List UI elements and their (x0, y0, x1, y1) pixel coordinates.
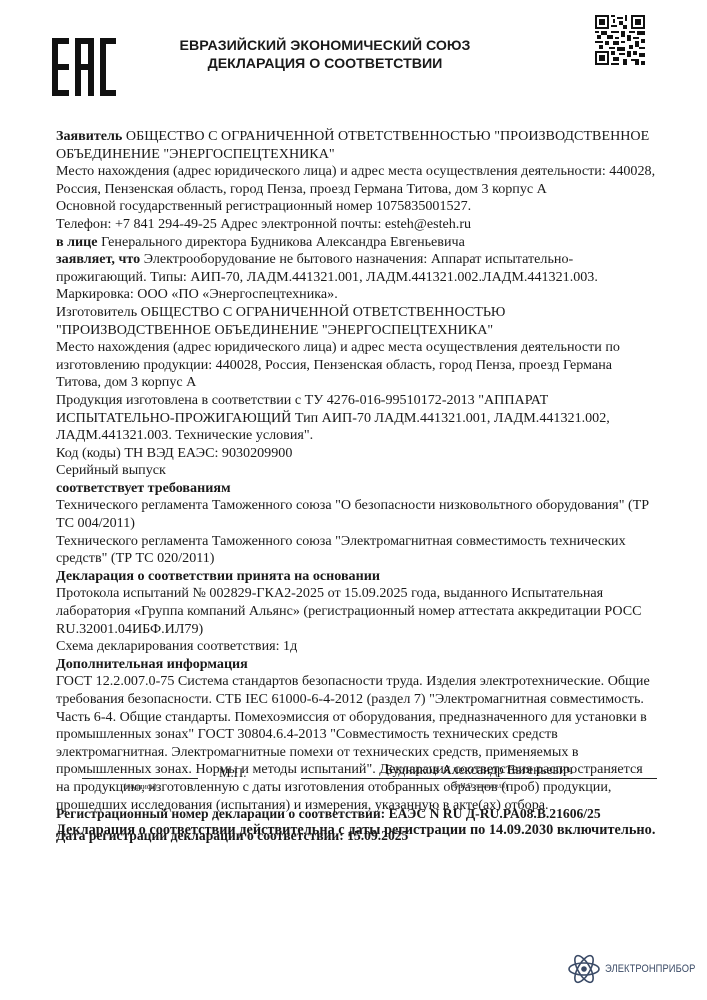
represented-by: Генерального директора Будникова Алексан… (101, 234, 465, 250)
stamp-place: М.П. (219, 765, 246, 781)
registration-block: Регистрационный номер декларации о соотв… (56, 803, 676, 847)
footer-brand-logo: ЭЛЕКТРОНПРИБОР (567, 954, 707, 984)
declares-label: заявляет, что (56, 251, 140, 267)
declaration-body: Заявитель ОБЩЕСТВО С ОГРАНИЧЕННОЙ ОТВЕТС… (56, 128, 656, 840)
declares-section: заявляет, что Электрооборудование не быт… (56, 251, 656, 304)
signature-block: (подпись) М.П. Будников Александр Евгень… (56, 762, 666, 796)
basis-scheme: Схема декларирования соответствия: 1д (56, 638, 656, 656)
signature-caption: (подпись) (82, 782, 198, 791)
signer-caption: (Ф.И.О. заявителя) (301, 782, 657, 790)
header-declaration-title: ДЕКЛАРАЦИЯ О СООТВЕТСТВИИ (150, 56, 500, 74)
eac-logo-icon (52, 38, 116, 96)
manufacturer-section: Изготовитель ОБЩЕСТВО С ОГРАНИЧЕННОЙ ОТВ… (56, 304, 656, 339)
signature-line (82, 778, 198, 779)
applicant-label: Заявитель (56, 128, 122, 144)
manufacturer-address: Место нахождения (адрес юридического лиц… (56, 339, 656, 392)
manufacturer-label: Изготовитель (56, 304, 137, 320)
applicant-contacts: Телефон: +7 841 294-49-25 Адрес электрон… (56, 216, 656, 234)
represented-label: в лице (56, 234, 98, 250)
product-hs-code: Код (коды) ТН ВЭД ЕАЭС: 9030209900 (56, 445, 656, 463)
applicant-name: ОБЩЕСТВО С ОГРАНИЧЕННОЙ ОТВЕТСТВЕННОСТЬЮ… (56, 128, 649, 162)
applicant-ogrn: Основной государственный регистрационный… (56, 198, 656, 216)
atom-icon (567, 954, 601, 984)
basis-label: Декларация о соответствии принята на осн… (56, 568, 656, 586)
additional-label: Дополнительная информация (56, 656, 656, 674)
registration-date: Дата регистрации декларации о соответств… (56, 825, 676, 847)
product-spec: Продукция изготовлена в соответствии с Т… (56, 392, 656, 445)
header-union-title: ЕВРАЗИЙСКИЙ ЭКОНОМИЧЕСКИЙ СОЮЗ (150, 38, 500, 56)
footer-brand-name: ЭЛЕКТРОНПРИБОР (605, 963, 695, 975)
applicant-section: Заявитель ОБЩЕСТВО С ОГРАНИЧЕННОЙ ОТВЕТС… (56, 128, 656, 163)
signer-name: Будников Александр Евгеньевич (301, 762, 657, 778)
requirements-label: соответствует требованиям (56, 480, 656, 498)
document-header: ЕВРАЗИЙСКИЙ ЭКОНОМИЧЕСКИЙ СОЮЗ ДЕКЛАРАЦИ… (150, 38, 500, 73)
signer-line (301, 778, 657, 779)
registration-number: Регистрационный номер декларации о соотв… (56, 803, 676, 825)
applicant-address: Место нахождения (адрес юридического лиц… (56, 163, 656, 198)
product-release: Серийный выпуск (56, 462, 656, 480)
basis-text: Протокола испытаний № 002829-ГКА2-2025 о… (56, 585, 656, 638)
qr-code-icon[interactable] (595, 15, 645, 65)
requirement-item: Технического регламента Таможенного союз… (56, 497, 656, 532)
requirement-item: Технического регламента Таможенного союз… (56, 533, 656, 568)
applicant-representative: в лице Генерального директора Будникова … (56, 234, 656, 252)
